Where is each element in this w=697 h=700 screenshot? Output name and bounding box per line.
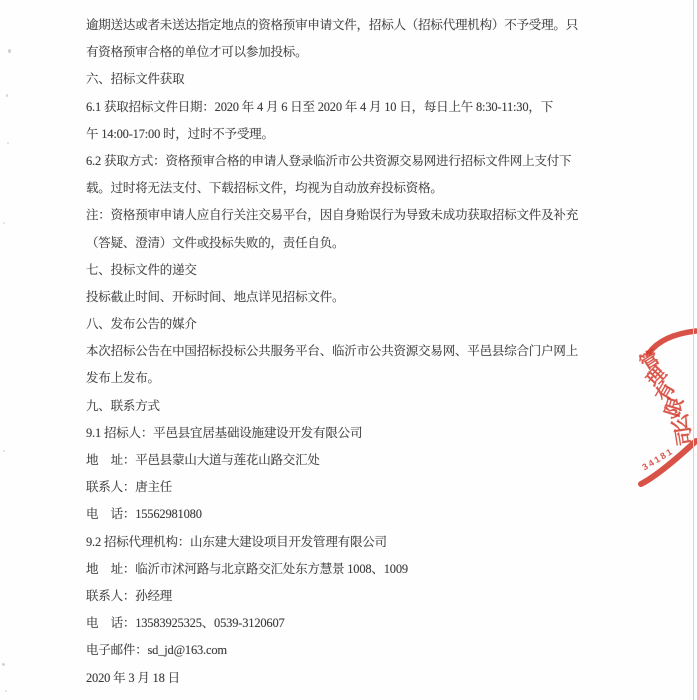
seal-arc-char: 理 [644,364,671,391]
text-line: 投标截止时间、开标时间、地点详见招标文件。 [86,284,586,311]
text-line: 注：资格预审申请人应自行关注交易平台，因自身贻误行为导致未成功获取招标文件及补充 [86,202,586,229]
seal-arc-char: 限 [663,395,687,419]
text-line: 逾期送达或者未送达指定地点的资格预审申请文件，招标人（招标代理机构）不予受理。只 [86,12,586,39]
seal-rim [600,320,697,500]
seal-registration-number: 34181 [640,446,675,473]
section-heading: 六、招标文件获取 [86,66,586,93]
text-line: 联系人：唐主任 [86,474,586,501]
seal-arc-char: 管 [637,348,663,374]
scan-speck [8,49,11,53]
text-line: 发布上发布。 [86,365,586,392]
scan-speck [3,222,5,224]
text-line: 电 话：15562981080 [86,501,586,528]
text-line: 9.2 招标代理机构：山东建大建设项目开发管理有限公司 [86,529,586,556]
seal-rim-arc-top [649,331,696,353]
text-line: 载。过时将无法支付、下载招标文件，均视为自动放弃投标资格。 [86,175,586,202]
text-line: 电子邮件：sd_jd@163.com [86,637,586,664]
section-heading: 九、联系方式 [86,393,586,420]
scan-speck [2,663,5,666]
seal-arc-char: 公 [671,411,691,431]
text-line: 联系人：孙经理 [86,583,586,610]
text-line: 本次招标公告在中国招标投标公共服务平台、临沂市公共资源交易网、平邑县综合门户网上 [86,338,586,365]
text-line: 电 话：13583925325、0539-3120607 [86,610,586,637]
text-line: 6.1 获取招标文件日期：2020 年 4 月 6 日至 2020 年 4 月 … [86,94,586,121]
date-line: 2020 年 3 月 18 日 [86,665,586,692]
text-line: 地 址：临沂市沭河路与北京路交汇处东方慧景 1008、1009 [86,556,586,583]
seal-rim-arc-bottom [641,441,696,484]
seal-arc-char: 有 [653,379,679,405]
text-line: 9.1 招标人：平邑县宜居基础设施建设开发有限公司 [86,420,586,447]
scan-speck [5,690,7,692]
text-line: （答疑、澄清）文件或投标失败的，责任自负。 [86,230,586,257]
section-heading: 七、投标文件的递交 [86,257,586,284]
page-edge-line [693,0,694,700]
section-heading: 八、发布公告的媒介 [86,311,586,338]
scan-speck [6,94,8,97]
company-seal: 管 理 有 限 公 司 34181 [600,320,697,500]
scan-speck [3,450,5,452]
scanned-document-page: 逾期送达或者未送达指定地点的资格预审申请文件，招标人（招标代理机构）不予受理。只… [0,0,697,700]
scan-speck [7,142,9,144]
text-line: 午 14:00-17:00 时，过时不予受理。 [86,121,586,148]
document-text-block: 逾期送达或者未送达指定地点的资格预审申请文件，招标人（招标代理机构）不予受理。只… [86,12,586,692]
text-line: 6.2 获取方式：资格预审合格的申请人登录临沂市公共资源交易网进行招标文件网上支… [86,148,586,175]
text-line: 地 址：平邑县蒙山大道与莲花山路交汇处 [86,447,586,474]
text-line: 有资格预审合格的单位才可以参加投标。 [86,39,586,66]
